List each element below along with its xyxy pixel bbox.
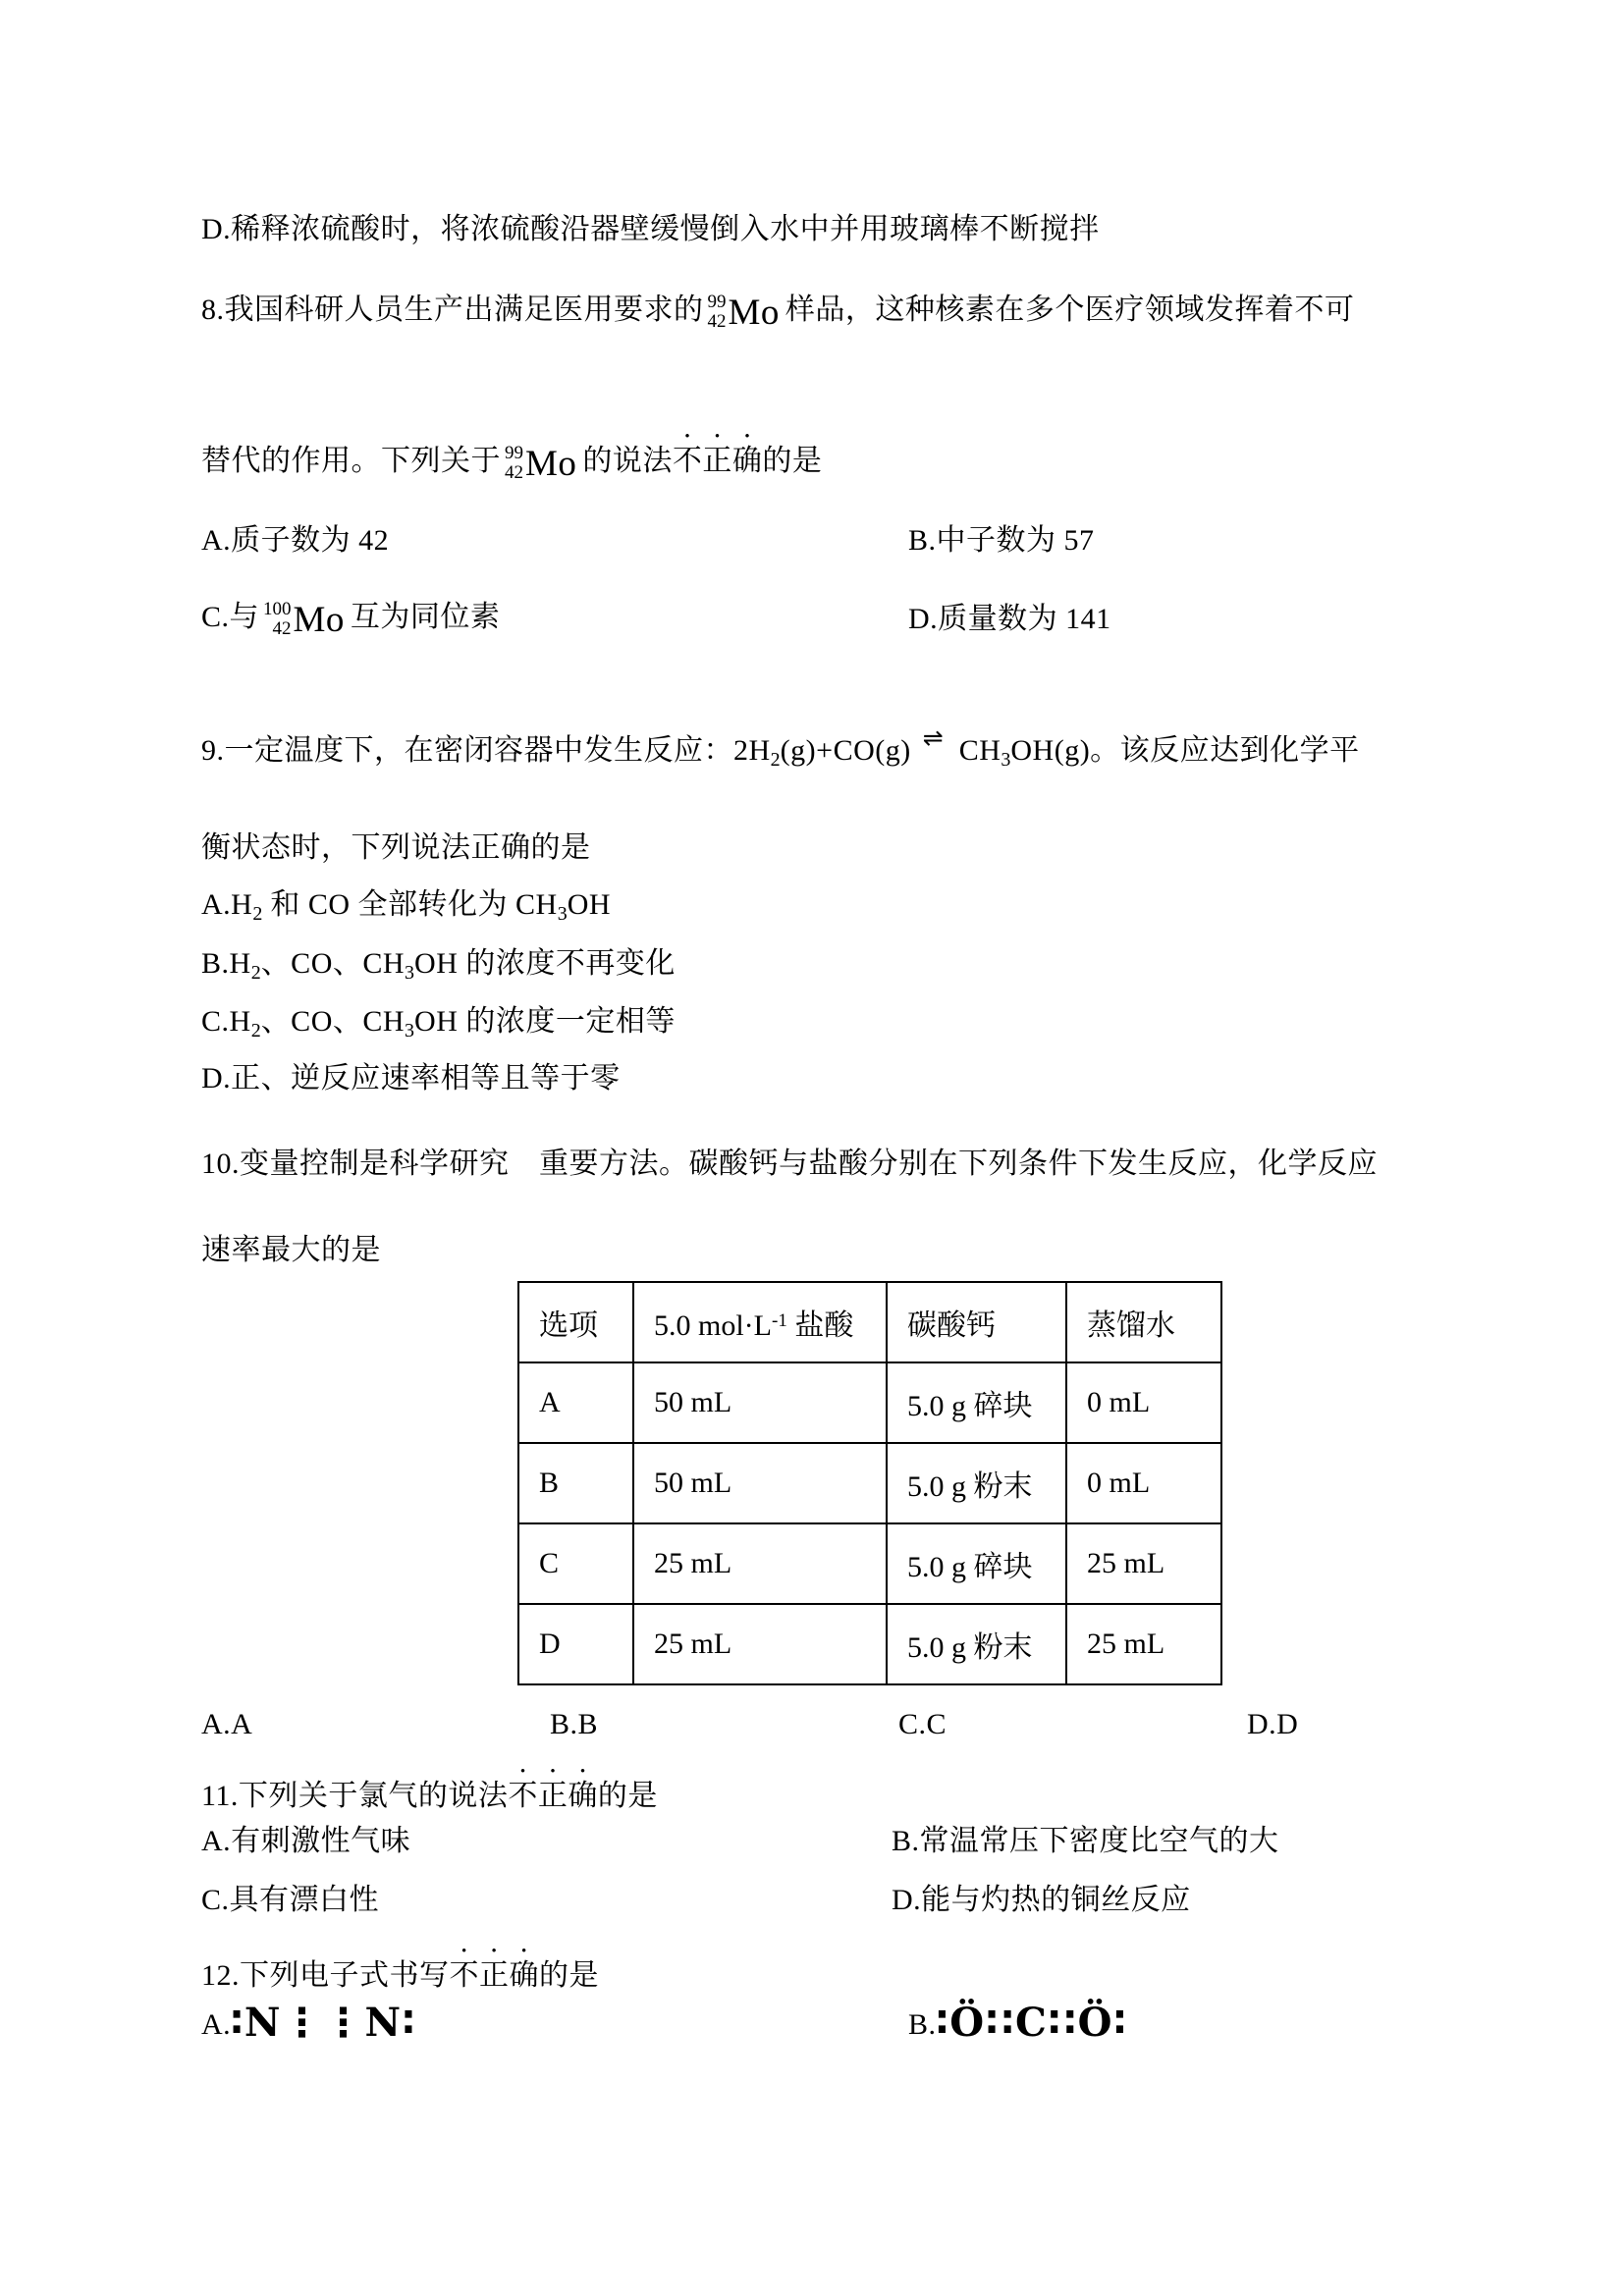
cell-hcl: 25 mL bbox=[633, 1523, 887, 1604]
lewis-structure-n2: ∶N⋮⋮N∶ bbox=[231, 2000, 416, 2046]
mass-number: 99 bbox=[505, 444, 523, 463]
isotope-numbers: 9942 bbox=[505, 444, 523, 483]
question-12-option-a: A.∶N⋮⋮N∶ bbox=[201, 2004, 416, 2044]
option-text: C.C bbox=[898, 1708, 947, 1740]
option-text: OH bbox=[568, 888, 611, 921]
lewis-structure-co2: ∶Ö∷C∷Ö∶ bbox=[937, 2000, 1128, 2046]
stem-text: 8.我国科研人员生产出满足医用要求的 bbox=[201, 294, 704, 326]
stem-text: (g)+CO(g) bbox=[781, 734, 911, 767]
option-text: D.D bbox=[1247, 1708, 1298, 1740]
stem-text: 的是 bbox=[598, 1780, 658, 1812]
question-8-option-b: B.中子数为 57 bbox=[908, 522, 1095, 560]
chem-subscript: 3 bbox=[558, 903, 568, 925]
option-text: D.能与灼热的铜丝反应 bbox=[892, 1884, 1191, 1916]
chem-subscript: 2 bbox=[251, 1020, 261, 1041]
atomic-number: 42 bbox=[505, 463, 523, 483]
question-8-option-d: D.质量数为 141 bbox=[908, 601, 1111, 638]
cell-option: B bbox=[518, 1443, 633, 1523]
cell-hcl: 25 mL bbox=[633, 1604, 887, 1684]
isotope-numbers: 9942 bbox=[708, 293, 727, 332]
option-text: B.中子数为 57 bbox=[908, 524, 1095, 557]
header-cell-option: 选项 bbox=[518, 1282, 633, 1362]
stem-text: 10.变量控制是科学研究 重要方法。碳酸钙与盐酸分别在下列条件下发生反应，化学反… bbox=[201, 1148, 1378, 1180]
stem-text: 的是 bbox=[539, 1959, 599, 1992]
question-10-stem-line-2: 速率最大的是 bbox=[201, 1232, 381, 1269]
chem-subscript: 2 bbox=[252, 903, 262, 925]
option-text: C.具有漂白性 bbox=[201, 1884, 379, 1916]
option-label: A. bbox=[201, 2008, 231, 2041]
exam-paper-page: D.稀释浓硫酸时，将浓硫酸沿器壁缓慢倒入水中并用玻璃棒不断搅拌 8.我国科研人员… bbox=[0, 0, 1624, 2296]
option-text: C.H bbox=[201, 1005, 251, 1038]
question-12-stem: 12.下列电子式书写不正确的是 bbox=[201, 1944, 599, 1995]
table-row: C 25 mL 5.0 g 碎块 25 mL bbox=[518, 1523, 1221, 1604]
stem-text: 速率最大的是 bbox=[201, 1234, 381, 1266]
question-9-option-a: A.H2 和 CO 全部转化为 CH3OH bbox=[201, 886, 611, 933]
isotope-numbers: 10042 bbox=[263, 600, 292, 639]
question-11-stem: 11.下列关于氯气的说法不正确的是 bbox=[201, 1764, 658, 1815]
question-10-table: 选项 5.0 mol·L-1 盐酸 碳酸钙 蒸馏水 A 50 mL 5.0 g … bbox=[517, 1281, 1222, 1685]
option-text: D.正、逆反应速率相等且等于零 bbox=[201, 1062, 621, 1095]
cell-hcl: 50 mL bbox=[633, 1362, 887, 1443]
cell-caco3: 5.0 g 粉末 bbox=[887, 1604, 1066, 1684]
cell-water: 0 mL bbox=[1066, 1443, 1221, 1523]
cell-caco3: 5.0 g 碎块 bbox=[887, 1523, 1066, 1604]
question-11-option-c: C.具有漂白性 bbox=[201, 1882, 379, 1919]
option-text: B.常温常压下密度比空气的大 bbox=[892, 1825, 1279, 1857]
question-10-option-b: B.B bbox=[550, 1706, 598, 1743]
question-9-stem-line-2: 衡状态时，下列说法正确的是 bbox=[201, 829, 591, 867]
atomic-number: 42 bbox=[708, 312, 727, 332]
emphasized-text: 不正确 bbox=[673, 445, 763, 477]
chem-subscript: 3 bbox=[405, 1020, 414, 1041]
question-9-option-d: D.正、逆反应速率相等且等于零 bbox=[201, 1060, 621, 1097]
isotope-notation-mo99: 9942Mo bbox=[708, 293, 780, 332]
stem-text: 11.下列关于氯气的说法 bbox=[201, 1780, 508, 1812]
option-text: D.稀释浓硫酸时，将浓硫酸沿器壁缓慢倒入水中并用玻璃棒不断搅拌 bbox=[201, 213, 1100, 245]
stem-text: 替代的作用。下列关于 bbox=[201, 445, 501, 477]
option-text: A.有刺激性气味 bbox=[201, 1825, 410, 1857]
question-9-option-c: C.H2、CO、CH3OH 的浓度一定相等 bbox=[201, 1003, 676, 1049]
question-10-option-a: A.A bbox=[201, 1706, 252, 1743]
emphasized-text: 不正确 bbox=[508, 1780, 598, 1812]
emphasized-text: 不正确 bbox=[450, 1959, 540, 1992]
chem-subscript: 2 bbox=[771, 749, 781, 771]
header-hcl-text: 盐酸 bbox=[787, 1309, 854, 1342]
question-8-stem-line-2: 替代的作用。下列关于9942Mo的说法不正确的是 bbox=[201, 429, 822, 483]
cell-option: A bbox=[518, 1362, 633, 1443]
stem-text: 9.一定温度下，在密闭容器中发生反应：2H bbox=[201, 734, 771, 767]
stem-text: 衡状态时，下列说法正确的是 bbox=[201, 831, 591, 864]
option-label: B. bbox=[908, 2008, 937, 2041]
table-row: A 50 mL 5.0 g 碎块 0 mL bbox=[518, 1362, 1221, 1443]
header-hcl-text: 5.0 mol·L bbox=[654, 1309, 772, 1342]
element-symbol: Mo bbox=[729, 294, 780, 331]
question-10-option-c: C.C bbox=[898, 1706, 947, 1743]
option-text: A.质子数为 42 bbox=[201, 524, 389, 557]
isotope-notation-mo99: 9942Mo bbox=[505, 444, 576, 483]
header-cell-caco3: 碳酸钙 bbox=[887, 1282, 1066, 1362]
question-10-stem-line-1: 10.变量控制是科学研究 重要方法。碳酸钙与盐酸分别在下列条件下发生反应，化学反… bbox=[201, 1146, 1378, 1183]
question-9-stem-line-1: 9.一定温度下，在密闭容器中发生反应：2H2(g)+CO(g)⇌CH3OH(g)… bbox=[201, 720, 1360, 778]
option-text: C.与 bbox=[201, 601, 259, 633]
isotope-notation-mo100: 10042Mo bbox=[263, 600, 345, 639]
cell-hcl: 50 mL bbox=[633, 1443, 887, 1523]
cell-option: C bbox=[518, 1523, 633, 1604]
option-text: 、CO、CH bbox=[261, 947, 405, 980]
mass-number: 100 bbox=[263, 600, 292, 619]
question-9-option-b: B.H2、CO、CH3OH 的浓度不再变化 bbox=[201, 945, 676, 991]
header-cell-water: 蒸馏水 bbox=[1066, 1282, 1221, 1362]
option-text: D.质量数为 141 bbox=[908, 603, 1111, 635]
chem-subscript: 2 bbox=[251, 962, 261, 984]
cell-option: D bbox=[518, 1604, 633, 1684]
mass-number: 99 bbox=[708, 293, 727, 312]
option-text: 、CO、CH bbox=[261, 1005, 405, 1038]
header-hcl-superscript: -1 bbox=[772, 1310, 787, 1331]
cell-water: 25 mL bbox=[1066, 1604, 1221, 1684]
table-row: D 25 mL 5.0 g 粉末 25 mL bbox=[518, 1604, 1221, 1684]
stem-text: 12.下列电子式书写 bbox=[201, 1959, 450, 1992]
cell-caco3: 5.0 g 粉末 bbox=[887, 1443, 1066, 1523]
header-cell-hcl: 5.0 mol·L-1 盐酸 bbox=[633, 1282, 887, 1362]
stem-text: 的是 bbox=[762, 445, 822, 477]
question-7-option-d: D.稀释浓硫酸时，将浓硫酸沿器壁缓慢倒入水中并用玻璃棒不断搅拌 bbox=[201, 211, 1100, 248]
option-text: 和 CO 全部转化为 CH bbox=[262, 888, 557, 921]
option-text: 互为同位素 bbox=[351, 601, 501, 633]
stem-text: 的说法 bbox=[582, 445, 673, 477]
element-symbol: Mo bbox=[525, 446, 576, 482]
option-text: OH 的浓度不再变化 bbox=[414, 947, 676, 980]
question-11-option-b: B.常温常压下密度比空气的大 bbox=[892, 1823, 1279, 1860]
cell-water: 25 mL bbox=[1066, 1523, 1221, 1604]
question-8-stem-line-1: 8.我国科研人员生产出满足医用要求的9942Mo样品，这种核素在多个医疗领域发挥… bbox=[201, 292, 1354, 332]
chem-subscript: 3 bbox=[405, 962, 414, 984]
atomic-number: 42 bbox=[273, 619, 292, 639]
question-12-option-b: B.∶Ö∷C∷Ö∶ bbox=[908, 2004, 1127, 2044]
stem-text: OH(g)。该反应达到化学平 bbox=[1010, 734, 1359, 767]
option-text: A.H bbox=[201, 888, 252, 921]
stem-text: 样品，这种核素在多个医疗领域发挥着不可 bbox=[785, 294, 1355, 326]
element-symbol: Mo bbox=[294, 602, 345, 638]
option-text: OH 的浓度一定相等 bbox=[414, 1005, 676, 1038]
question-11-option-d: D.能与灼热的铜丝反应 bbox=[892, 1882, 1191, 1919]
question-10-option-d: D.D bbox=[1247, 1706, 1298, 1743]
table-row: B 50 mL 5.0 g 粉末 0 mL bbox=[518, 1443, 1221, 1523]
option-text: B.H bbox=[201, 947, 251, 980]
question-8-option-c: C.与10042Mo互为同位素 bbox=[201, 599, 500, 639]
option-text: A.A bbox=[201, 1708, 252, 1740]
cell-water: 0 mL bbox=[1066, 1362, 1221, 1443]
stem-text: CH bbox=[959, 734, 1001, 767]
question-8-option-a: A.质子数为 42 bbox=[201, 522, 389, 560]
table-header-row: 选项 5.0 mol·L-1 盐酸 碳酸钙 蒸馏水 bbox=[518, 1282, 1221, 1362]
option-text: B.B bbox=[550, 1708, 598, 1740]
question-11-option-a: A.有刺激性气味 bbox=[201, 1823, 410, 1860]
equilibrium-arrow: ⇌ bbox=[923, 723, 944, 752]
cell-caco3: 5.0 g 碎块 bbox=[887, 1362, 1066, 1443]
chem-subscript: 3 bbox=[1001, 749, 1010, 771]
